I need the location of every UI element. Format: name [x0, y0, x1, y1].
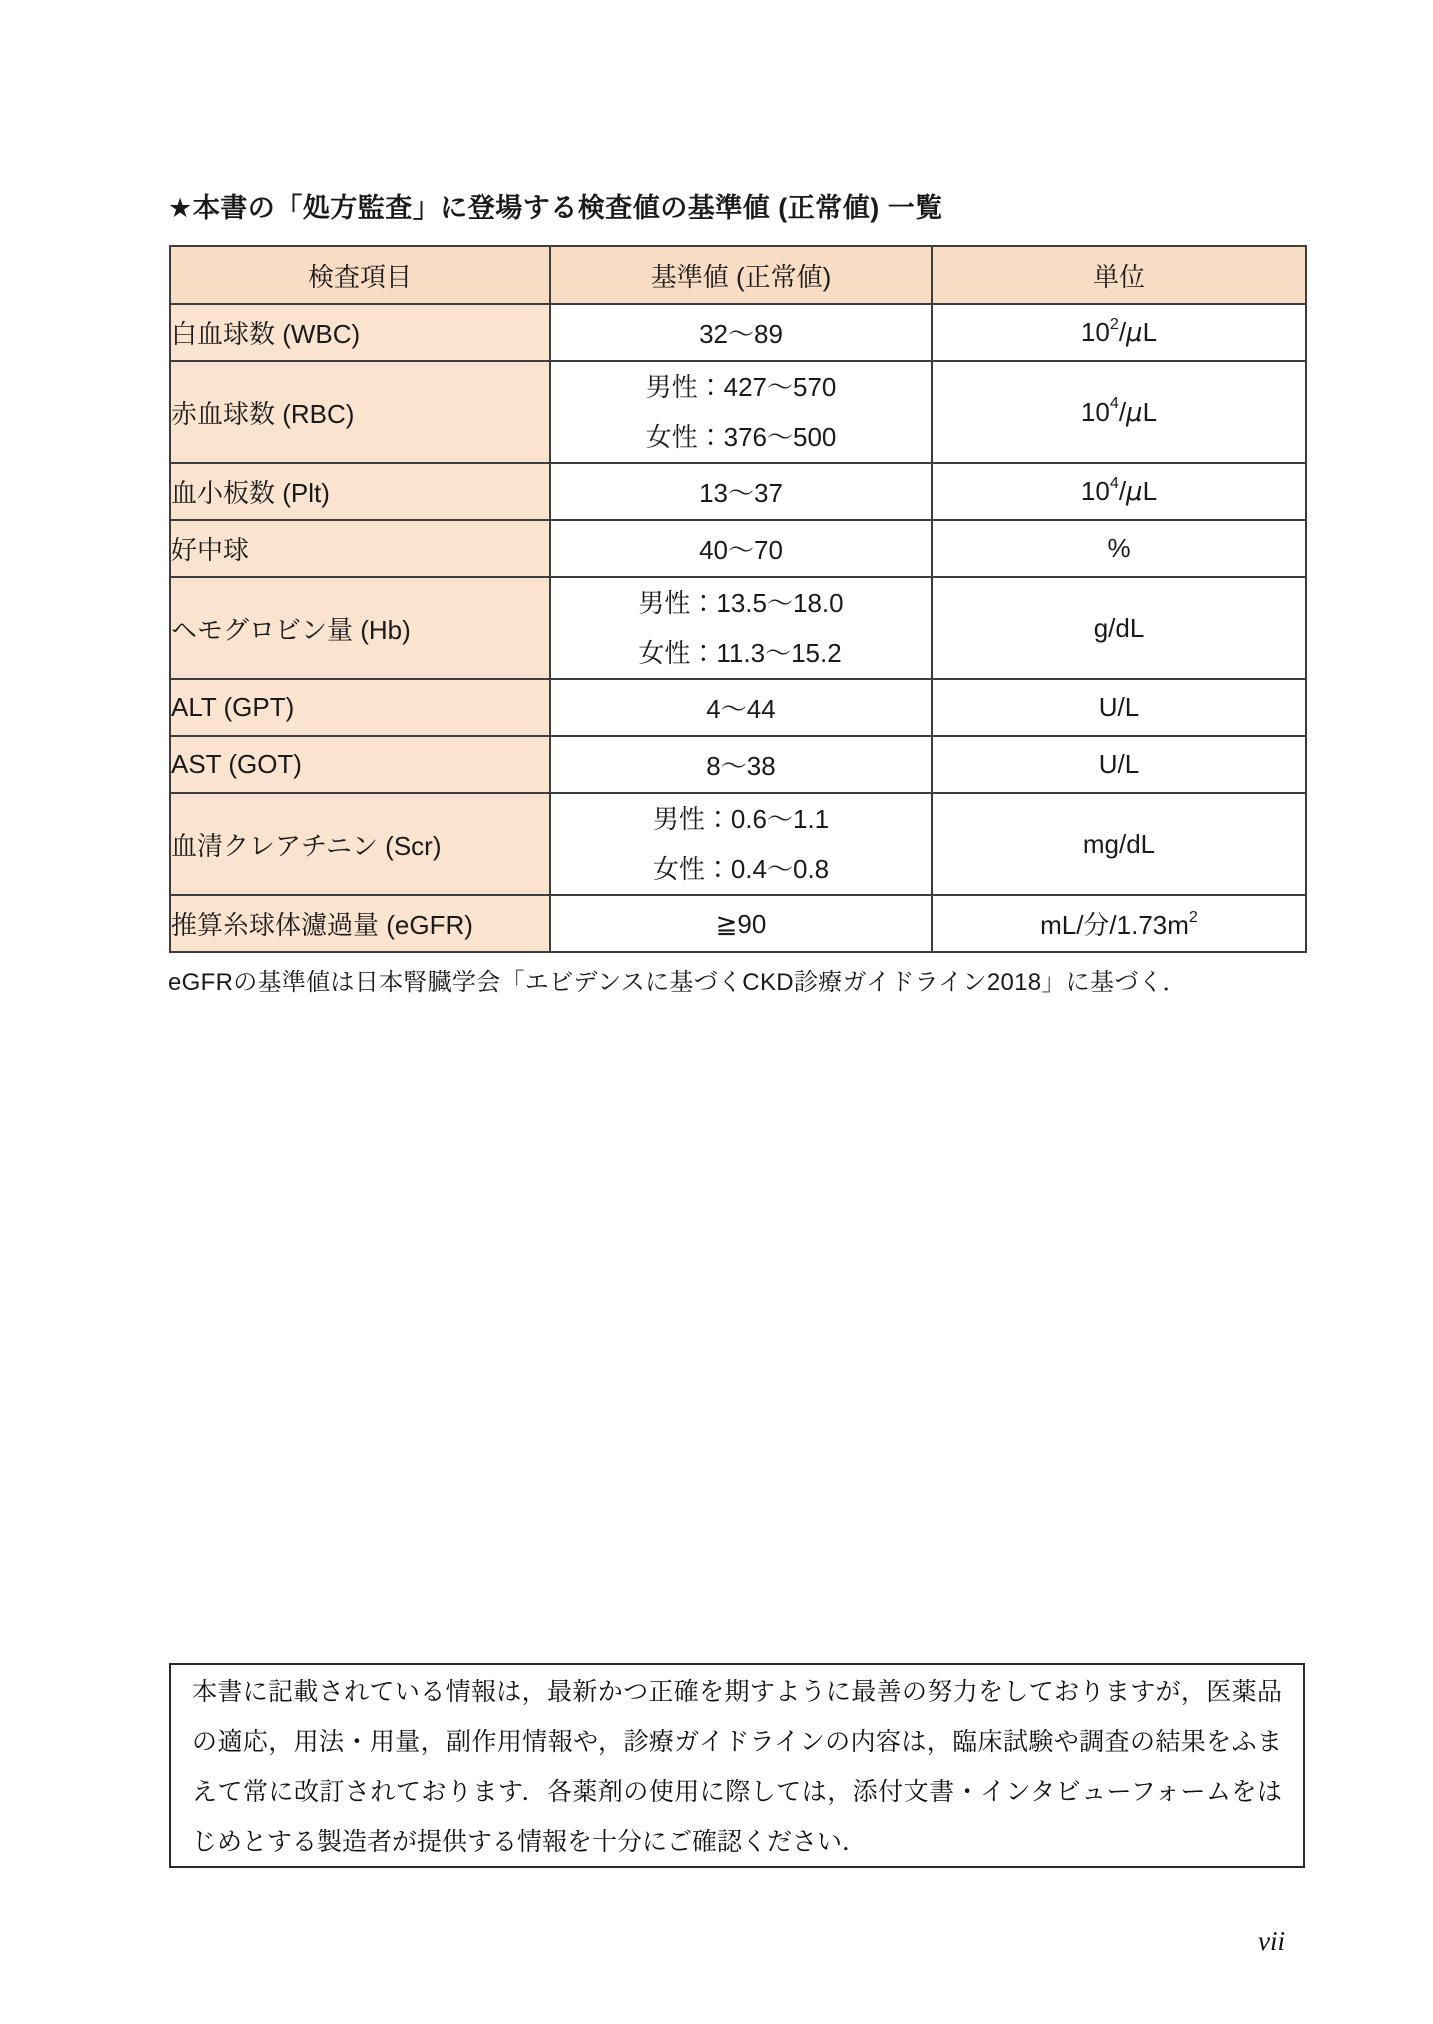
unit-value: %	[932, 520, 1306, 577]
table-row: ALT (GPT)4〜44U/L	[170, 679, 1306, 736]
unit-value: U/L	[932, 736, 1306, 793]
reference-value: 4〜44	[550, 679, 932, 736]
book-page: ★本書の「処方監査」に登場する検査値の基準値 (正常値) 一覧 検査項目 基準値…	[0, 0, 1433, 2024]
reference-value-line: 13〜37	[699, 473, 783, 510]
table-row: 血小板数 (Plt)13〜37104/μL	[170, 463, 1306, 520]
column-header-reference-value: 基準値 (正常値)	[550, 246, 932, 304]
unit-value: 104/μL	[932, 463, 1306, 520]
reference-value-line: 40〜70	[699, 530, 783, 567]
column-header-test-item: 検査項目	[170, 246, 550, 304]
reference-value: 8〜38	[550, 736, 932, 793]
table-row: 好中球40〜70%	[170, 520, 1306, 577]
test-item-label: AST (GOT)	[170, 736, 550, 793]
table-header-row: 検査項目 基準値 (正常値) 単位	[170, 246, 1306, 304]
test-item-label: 血清クレアチニン (Scr)	[170, 793, 550, 895]
reference-value-line: 女性：11.3〜15.2	[638, 628, 843, 678]
table-row: 白血球数 (WBC)32〜89102/μL	[170, 304, 1306, 361]
reference-value-line: ≧90	[716, 909, 767, 940]
reference-value: 13〜37	[550, 463, 932, 520]
unit-value: 102/μL	[932, 304, 1306, 361]
reference-value: 男性：13.5〜18.0女性：11.3〜15.2	[550, 577, 932, 679]
lab-values-table-body: 白血球数 (WBC)32〜89102/μL赤血球数 (RBC)男性：427〜57…	[170, 304, 1306, 952]
lab-values-table: 検査項目 基準値 (正常値) 単位 白血球数 (WBC)32〜89102/μL赤…	[169, 245, 1307, 953]
table-row: ヘモグロビン量 (Hb)男性：13.5〜18.0女性：11.3〜15.2g/dL	[170, 577, 1306, 679]
disclaimer-box: 本書に記載されている情報は，最新かつ正確を期すように最善の努力をしておりますが，…	[169, 1663, 1305, 1868]
table-row: AST (GOT)8〜38U/L	[170, 736, 1306, 793]
test-item-label: 血小板数 (Plt)	[170, 463, 550, 520]
reference-value-line: 32〜89	[699, 314, 783, 351]
page-title: ★本書の「処方監査」に登場する検査値の基準値 (正常値) 一覧	[168, 186, 943, 225]
reference-value-line: 女性：376〜500	[646, 412, 837, 462]
reference-value: 40〜70	[550, 520, 932, 577]
reference-value: ≧90	[550, 895, 932, 952]
test-item-label: 白血球数 (WBC)	[170, 304, 550, 361]
reference-value-line: 男性：13.5〜18.0	[638, 578, 843, 628]
unit-value: 104/μL	[932, 361, 1306, 463]
reference-value-line: 男性：0.6〜1.1	[653, 794, 829, 844]
disclaimer-text: 本書に記載されている情報は，最新かつ正確を期すように最善の努力をしておりますが，…	[192, 1668, 1282, 1868]
reference-value: 男性：0.6〜1.1女性：0.4〜0.8	[550, 793, 932, 895]
reference-value-line: 4〜44	[706, 689, 775, 726]
test-item-label: ヘモグロビン量 (Hb)	[170, 577, 550, 679]
unit-value: g/dL	[932, 577, 1306, 679]
reference-value: 32〜89	[550, 304, 932, 361]
reference-value-line: 女性：0.4〜0.8	[653, 844, 829, 894]
test-item-label: 好中球	[170, 520, 550, 577]
table-row: 推算糸球体濾過量 (eGFR)≧90mL/分/1.73m2	[170, 895, 1306, 952]
unit-value: mL/分/1.73m2	[932, 895, 1306, 952]
reference-value-line: 男性：427〜570	[646, 362, 837, 412]
test-item-label: 赤血球数 (RBC)	[170, 361, 550, 463]
reference-value-line: 8〜38	[706, 746, 775, 783]
table-footnote: eGFRの基準値は日本腎臓学会「エビデンスに基づくCKD診療ガイドライン2018…	[168, 962, 1187, 997]
unit-value: mg/dL	[932, 793, 1306, 895]
reference-value: 男性：427〜570女性：376〜500	[550, 361, 932, 463]
test-item-label: ALT (GPT)	[170, 679, 550, 736]
page-number: vii	[1258, 1926, 1285, 1957]
test-item-label: 推算糸球体濾過量 (eGFR)	[170, 895, 550, 952]
unit-value: U/L	[932, 679, 1306, 736]
column-header-unit: 単位	[932, 246, 1306, 304]
table-row: 血清クレアチニン (Scr)男性：0.6〜1.1女性：0.4〜0.8mg/dL	[170, 793, 1306, 895]
table-row: 赤血球数 (RBC)男性：427〜570女性：376〜500104/μL	[170, 361, 1306, 463]
